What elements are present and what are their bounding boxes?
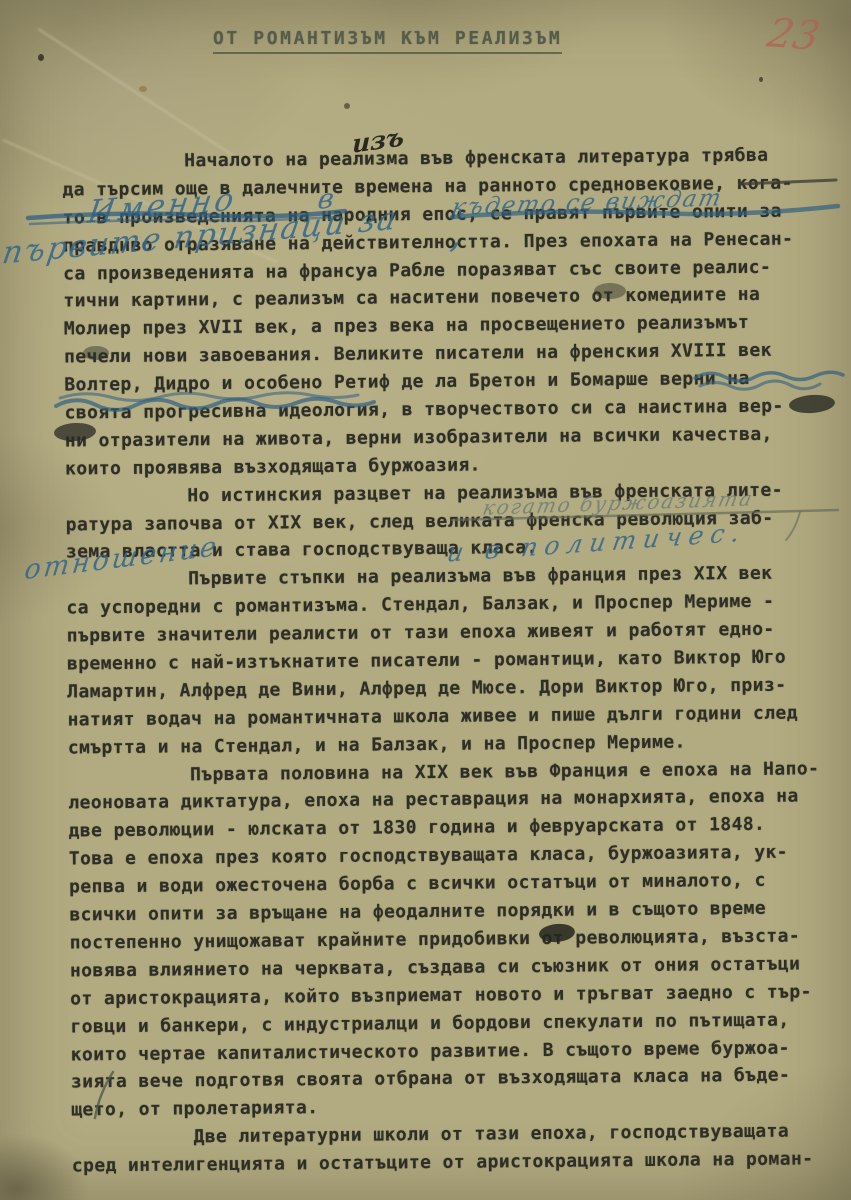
pencil-stroke bbox=[95, 1072, 113, 1118]
ink-scribble bbox=[700, 381, 820, 389]
scanned-typescript-page: ОТ РОМАНТИЗЪМ КЪМ РЕАЛИЗЪМ 23 Началото н… bbox=[0, 0, 851, 1200]
ink-smudge bbox=[54, 422, 97, 442]
strike-mark bbox=[30, 217, 340, 224]
ink-scribble bbox=[695, 372, 843, 381]
ink-scribble bbox=[56, 399, 374, 410]
strike-mark bbox=[740, 180, 836, 184]
strike-mark bbox=[28, 211, 345, 218]
ink-smudge bbox=[788, 393, 835, 414]
ink-smudge bbox=[594, 283, 626, 299]
correction-marks-overlay bbox=[0, 0, 851, 1200]
ink-smudge bbox=[83, 346, 109, 360]
strike-mark bbox=[452, 206, 838, 217]
ink-smudge bbox=[538, 922, 575, 943]
pencil-strike bbox=[452, 510, 838, 520]
pencil-stroke bbox=[786, 512, 800, 540]
